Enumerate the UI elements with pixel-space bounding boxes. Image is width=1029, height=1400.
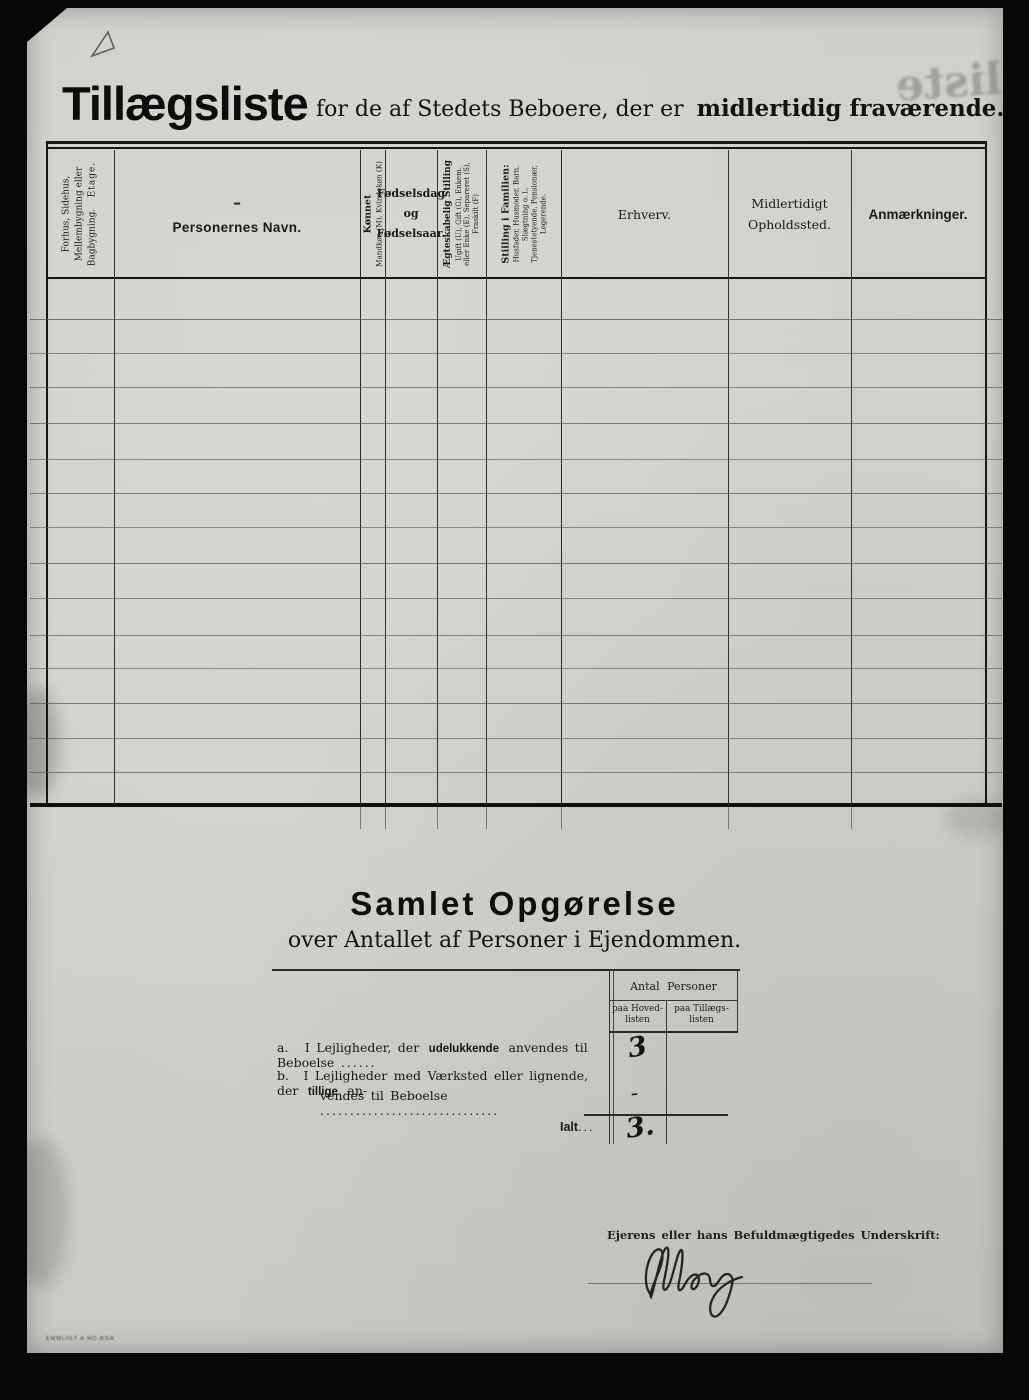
col-line-stub <box>437 807 438 829</box>
stain <box>17 688 59 798</box>
row-b-line2-text: vendes til Beboelse <box>320 1088 448 1103</box>
count-table-left-border-2 <box>613 969 614 1144</box>
column-header-birth: Fødselsdag og Fødselsaar. <box>385 150 437 278</box>
residence-line1: Midlertidigt <box>751 193 827 214</box>
bleedthrough-text: liste <box>870 54 1003 114</box>
birth-line2: og <box>403 204 418 224</box>
table-border-right <box>985 142 987 805</box>
column-header-residence: Midlertidigt Opholdssted. <box>728 150 851 278</box>
table-row <box>30 319 1002 320</box>
table-row <box>30 703 1002 704</box>
col-line-stub <box>851 807 852 829</box>
summary-heading: Samlet Opgørelse <box>0 885 1029 923</box>
column-header-sex: Kønnet Mandkøn (M), Kvindekøn (K) <box>360 150 385 278</box>
name-dash: – <box>233 193 241 212</box>
building-line1: Forhus, Sidehus, <box>61 176 71 253</box>
total-separator-line <box>584 1114 728 1116</box>
table-bottom-rule <box>30 803 1002 807</box>
page-title: Tillægsliste <box>62 76 308 131</box>
table-row <box>30 563 1002 564</box>
family-sub4: Logerende. <box>538 151 547 277</box>
table-top-rule-2 <box>46 147 987 149</box>
family-main: Stilling i Familien: <box>500 151 512 277</box>
count-table-left-border <box>609 969 610 1144</box>
building-line2: Mellembygning eller <box>74 167 84 262</box>
residence-line2: Opholdssted. <box>748 214 831 235</box>
signature-handwriting <box>638 1240 768 1320</box>
printer-mark: EMMLIGT A NO-BGA <box>46 1336 115 1342</box>
table-row <box>30 598 1002 599</box>
tillaegslisten-line2: listen <box>689 1015 714 1025</box>
total-label-text: Ialt <box>560 1120 578 1134</box>
tillaegslisten-line1: paa Tillægs- <box>674 1004 729 1014</box>
summary-top-rule <box>272 969 740 971</box>
table-row <box>30 423 1002 424</box>
marital-main: Ægteskabelig Stilling <box>443 151 455 277</box>
scanned-census-page: Tillægsliste for de af Stedets Beboere, … <box>0 0 1029 1400</box>
row-a-text-bold: udelukkende <box>429 1043 499 1055</box>
summary-row-a: a. I Lejligheder, der udelukkende anvend… <box>277 1040 602 1070</box>
sex-main: Kønnet <box>362 151 374 277</box>
family-sub3: Tjenestetyende, Pensionær, <box>530 151 539 277</box>
col-line-stub <box>561 807 562 829</box>
table-row <box>30 493 1002 494</box>
count-table-header-line <box>609 1000 738 1001</box>
row-b-marker: b. <box>277 1068 289 1083</box>
marital-sub2: eller Enke (E), Separeret (S), <box>463 151 472 277</box>
count-col-tillaegslisten: paa Tillægs- listen <box>666 1004 737 1027</box>
hovedlisten-line2: listen <box>625 1015 650 1025</box>
row-a-marker: a. <box>277 1040 288 1055</box>
table-row <box>30 772 1002 773</box>
column-header-marital: Ægteskabelig Stilling Ugift (U), Gift (G… <box>437 150 486 278</box>
col-line-stub <box>385 807 386 829</box>
total-value-hovedlisten: 3. <box>624 1110 656 1145</box>
sex-sub: Mandkøn (M), Kvindekøn (K) <box>374 151 383 277</box>
count-col-hovedlisten: paa Hoved- listen <box>609 1004 666 1027</box>
marital-sub3: Fraskilt (F) <box>472 151 481 277</box>
total-label: Ialt... <box>560 1120 594 1134</box>
occupation-label: Erhverv. <box>618 207 671 222</box>
column-header-occupation: Erhverv. <box>561 150 728 278</box>
birth-line1: Fødselsdag <box>377 184 445 204</box>
summary-row-b-line2: vendes til Beboelse ....................… <box>320 1088 605 1118</box>
building-etage: Etage. <box>88 162 98 198</box>
table-row <box>30 635 1002 636</box>
column-header-family: Stilling i Familien: Husfader, Husmoder,… <box>486 150 561 278</box>
column-header-remarks: Anmærkninger. <box>851 150 985 278</box>
family-sub1: Husfader, Husmoder, Barn, <box>512 151 521 277</box>
count-table-header: Antal Personer <box>609 980 738 993</box>
col-line-stub <box>486 807 487 829</box>
table-row <box>30 527 1002 528</box>
table-row <box>30 668 1002 669</box>
table-row <box>30 738 1002 739</box>
title-tail-regular: for de af Stedets Beboere, der er <box>316 97 684 122</box>
row-a-text-pre: I Lejligheder, der <box>305 1040 419 1055</box>
table-row <box>30 459 1002 460</box>
corner-pen-mark <box>88 28 128 62</box>
hovedlisten-line1: paa Hoved- <box>612 1004 663 1014</box>
summary-subheading: over Antallet af Personer i Ejendommen. <box>0 928 1029 953</box>
column-header-building: Forhus, Sidehus, Mellembygning eller Bag… <box>46 150 114 278</box>
table-row <box>30 387 1002 388</box>
stain <box>13 1138 68 1288</box>
remarks-label: Anmærkninger. <box>868 207 967 222</box>
family-sub2: Slægtning o. l., <box>521 151 530 277</box>
building-line3: Bagbygning. <box>88 209 98 266</box>
column-header-name: – Personernes Navn. <box>114 150 360 278</box>
total-leader: ... <box>578 1120 594 1134</box>
marital-sub1: Ugift (U), Gift (G), Enkem. <box>454 151 463 277</box>
col-line-stub <box>728 807 729 829</box>
name-label: Personernes Navn. <box>172 220 301 235</box>
table-top-rule <box>46 141 987 144</box>
birth-line3: Fødselsaar. <box>377 224 446 244</box>
table-row <box>30 353 1002 354</box>
row-b-leader: .............................. <box>320 1103 499 1118</box>
col-line-stub <box>360 807 361 829</box>
